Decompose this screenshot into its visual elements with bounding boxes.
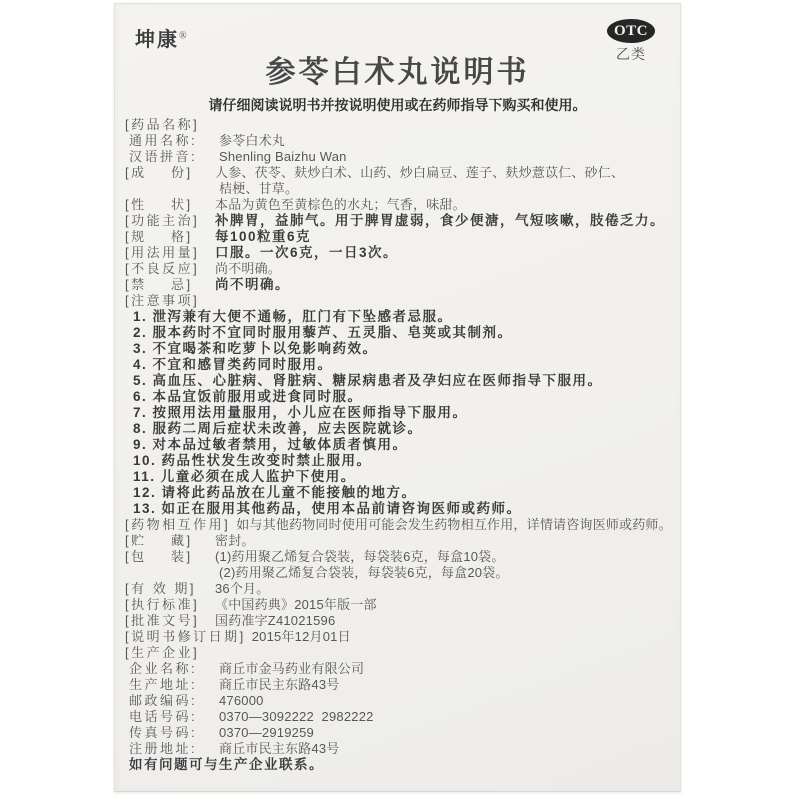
insert-line: 企业名称: 商丘市金马药业有限公司: [115, 661, 680, 677]
field-label: 生产地址:: [129, 677, 213, 693]
insert-line: 如有问题可与生产企业联系。: [115, 757, 680, 773]
field-value: 国药准字Z41021596: [215, 613, 335, 629]
insert-line: (2)药用聚乙烯复合袋装，每袋装6克，每盒20袋。: [115, 565, 680, 581]
insert-line: [有 效 期] 36个月。: [115, 581, 680, 597]
field-value: 0370—3092222 2982222: [219, 709, 374, 725]
field-label: [性 状]: [125, 197, 209, 213]
field-value: 2015年12月01日: [252, 629, 351, 645]
insert-line: [生产企业]: [115, 645, 680, 661]
field-value: 人参、茯苓、麸炒白术、山药、炒白扁豆、莲子、麸炒薏苡仁、砂仁、: [215, 165, 624, 181]
insert-line: [说明书修订日期] 2015年12月01日: [115, 629, 680, 645]
field-label: [说明书修订日期]: [125, 629, 246, 645]
insert-line: [批准文号] 国药准字Z41021596: [115, 613, 680, 629]
field-value: (1)药用聚乙烯复合袋装，每袋装6克，每盒10袋。: [215, 549, 505, 565]
field-value: 尚不明确。: [215, 261, 281, 277]
field-value: 8. 服药二周后症状未改善，应去医院就诊。: [133, 421, 423, 437]
insert-line: [成 份] 人参、茯苓、麸炒白术、山药、炒白扁豆、莲子、麸炒薏苡仁、砂仁、: [115, 165, 680, 181]
field-value: 4. 不宜和感冒类药同时服用。: [133, 357, 333, 373]
field-value: 11. 儿童必须在成人监护下使用。: [133, 469, 356, 485]
field-value: 3. 不宜喝茶和吃萝卜以免影响药效。: [133, 341, 378, 357]
field-label: [禁 忌]: [125, 277, 209, 293]
registered-mark-icon: ®: [179, 30, 187, 41]
insert-line: 6. 本品宜饭前服用或进食同时服。: [115, 389, 680, 405]
insert-line: 2. 服本药时不宜同时服用藜芦、五灵脂、皂荚或其制剂。: [115, 325, 680, 341]
field-label: 注册地址:: [129, 741, 213, 757]
field-value: 《中国药典》2015年版一部: [215, 597, 377, 613]
insert-line: 9. 对本品过敏者禁用，过敏体质者慎用。: [115, 437, 680, 453]
insert-line: [功能主治] 补脾胃，益肺气。用于脾胃虚弱，食少便溏，气短咳嗽，肢倦乏力。: [115, 213, 680, 229]
insert-line: 5. 高血压、心脏病、肾脏病、糖尿病患者及孕妇应在医师指导下服用。: [115, 373, 680, 389]
insert-line: 4. 不宜和感冒类药同时服用。: [115, 357, 680, 373]
insert-line: 传真号码: 0370—2919259: [115, 725, 680, 741]
insert-paper: 坤康® OTC 乙类 参苓白术丸说明书 请仔细阅读说明书并按说明使用或在药师指导…: [114, 3, 681, 792]
field-label: [注意事项]: [125, 293, 209, 309]
field-value: 桔梗、甘草。: [219, 181, 298, 197]
page-title: 参苓白术丸说明书: [115, 56, 680, 90]
field-label: [药品名称]: [125, 117, 209, 133]
insert-line: [药品名称]: [115, 117, 680, 133]
field-value: 7. 按照用法用量服用，小儿应在医师指导下服用。: [133, 405, 468, 421]
photo-background: { "header": { "brand": "坤康", "reg_mark":…: [0, 0, 800, 800]
field-label: [药物相互作用]: [125, 517, 230, 533]
field-label: [用法用量]: [125, 245, 209, 261]
insert-line: 通用名称: 参苓白术丸: [115, 133, 680, 149]
field-label: 邮政编码:: [129, 693, 213, 709]
field-value: 每100粒重6克: [215, 229, 311, 245]
field-label: [批准文号]: [125, 613, 209, 629]
insert-line: 8. 服药二周后症状未改善，应去医院就诊。: [115, 421, 680, 437]
insert-line: [注意事项]: [115, 293, 680, 309]
insert-line: 桔梗、甘草。: [115, 181, 680, 197]
field-label: [有 效 期]: [125, 581, 209, 597]
insert-line: 生产地址: 商丘市民主东路43号: [115, 677, 680, 693]
field-value: 10. 药品性状发生改变时禁止服用。: [133, 453, 372, 469]
field-value: Shenling Baizhu Wan: [219, 149, 347, 165]
field-value: 0370—2919259: [219, 725, 314, 741]
field-label: 传真号码:: [129, 725, 213, 741]
field-value: 476000: [219, 693, 264, 709]
insert-line: 12. 请将此药品放在儿童不能接触的地方。: [115, 485, 680, 501]
field-value: (2)药用聚乙烯复合袋装，每袋装6克，每盒20袋。: [219, 565, 509, 581]
field-label: [包 装]: [125, 549, 209, 565]
insert-line: 13. 如正在服用其他药品，使用本品前请咨询医师或药师。: [115, 501, 680, 517]
field-value: 6. 本品宜饭前服用或进食同时服。: [133, 389, 363, 405]
insert-line: [执行标准] 《中国药典》2015年版一部: [115, 597, 680, 613]
insert-line: [包 装] (1)药用聚乙烯复合袋装，每袋装6克，每盒10袋。: [115, 549, 680, 565]
field-value: 补脾胃，益肺气。用于脾胃虚弱，食少便溏，气短咳嗽，肢倦乏力。: [215, 213, 665, 229]
insert-body: [药品名称] 通用名称: 参苓白术丸 汉语拼音: Shenling Baizhu…: [115, 117, 680, 773]
otc-badge: OTC: [607, 19, 655, 43]
insert-line: 11. 儿童必须在成人监护下使用。: [115, 469, 680, 485]
field-label: [生产企业]: [125, 645, 209, 661]
field-value: 商丘市民主东路43号: [219, 677, 339, 693]
field-label: [执行标准]: [125, 597, 209, 613]
insert-line: [贮 藏] 密封。: [115, 533, 680, 549]
insert-line: 汉语拼音: Shenling Baizhu Wan: [115, 149, 680, 165]
insert-line: [用法用量] 口服。一次6克，一日3次。: [115, 245, 680, 261]
usage-warning: 请仔细阅读说明书并按说明使用或在药师指导下购买和使用。: [115, 95, 680, 115]
insert-line: [不良反应] 尚不明确。: [115, 261, 680, 277]
field-value: 口服。一次6克，一日3次。: [215, 245, 398, 261]
insert-line: [性 状] 本品为黄色至黄棕色的水丸；气香，味甜。: [115, 197, 680, 213]
field-value: 12. 请将此药品放在儿童不能接触的地方。: [133, 485, 417, 501]
field-label: 企业名称:: [129, 661, 213, 677]
field-label: [功能主治]: [125, 213, 209, 229]
insert-line: [禁 忌] 尚不明确。: [115, 277, 680, 293]
insert-line: 电话号码: 0370—3092222 2982222: [115, 709, 680, 725]
field-value: 如与其他药物同时使用可能会发生药物相互作用，详情请咨询医师或药师。: [236, 517, 672, 533]
field-value: 1. 泄泻兼有大便不通畅，肛门有下坠感者忌服。: [133, 309, 453, 325]
field-value: 13. 如正在服用其他药品，使用本品前请咨询医师或药师。: [133, 501, 522, 517]
field-label: [贮 藏]: [125, 533, 209, 549]
field-label: 汉语拼音:: [129, 149, 213, 165]
field-value: 商丘市金马药业有限公司: [219, 661, 364, 677]
brand-name: 坤康: [135, 29, 179, 51]
field-label: [不良反应]: [125, 261, 209, 277]
insert-line: [药物相互作用] 如与其他药物同时使用可能会发生药物相互作用，详情请咨询医师或药…: [115, 517, 680, 533]
field-value: 2. 服本药时不宜同时服用藜芦、五灵脂、皂荚或其制剂。: [133, 325, 513, 341]
insert-line: 邮政编码: 476000: [115, 693, 680, 709]
insert-line: [规 格] 每100粒重6克: [115, 229, 680, 245]
field-value: 密封。: [215, 533, 255, 549]
field-value: 参苓白术丸: [219, 133, 285, 149]
field-label: [规 格]: [125, 229, 209, 245]
field-value: 尚不明确。: [215, 277, 290, 293]
field-label: 通用名称:: [129, 133, 213, 149]
insert-line: 1. 泄泻兼有大便不通畅，肛门有下坠感者忌服。: [115, 309, 680, 325]
insert-line: 7. 按照用法用量服用，小儿应在医师指导下服用。: [115, 405, 680, 421]
insert-line: 3. 不宜喝茶和吃萝卜以免影响药效。: [115, 341, 680, 357]
field-value: 9. 对本品过敏者禁用，过敏体质者慎用。: [133, 437, 408, 453]
field-value: 如有问题可与生产企业联系。: [129, 757, 324, 773]
insert-line: 注册地址: 商丘市民主东路43号: [115, 741, 680, 757]
field-value: 5. 高血压、心脏病、肾脏病、糖尿病患者及孕妇应在医师指导下服用。: [133, 373, 603, 389]
field-label: 电话号码:: [129, 709, 213, 725]
field-value: 本品为黄色至黄棕色的水丸；气香，味甜。: [215, 197, 466, 213]
field-value: 商丘市民主东路43号: [219, 741, 339, 757]
brand-logo: 坤康®: [135, 23, 187, 52]
field-label: [成 份]: [125, 165, 209, 181]
insert-line: 10. 药品性状发生改变时禁止服用。: [115, 453, 680, 469]
field-value: 36个月。: [215, 581, 269, 597]
